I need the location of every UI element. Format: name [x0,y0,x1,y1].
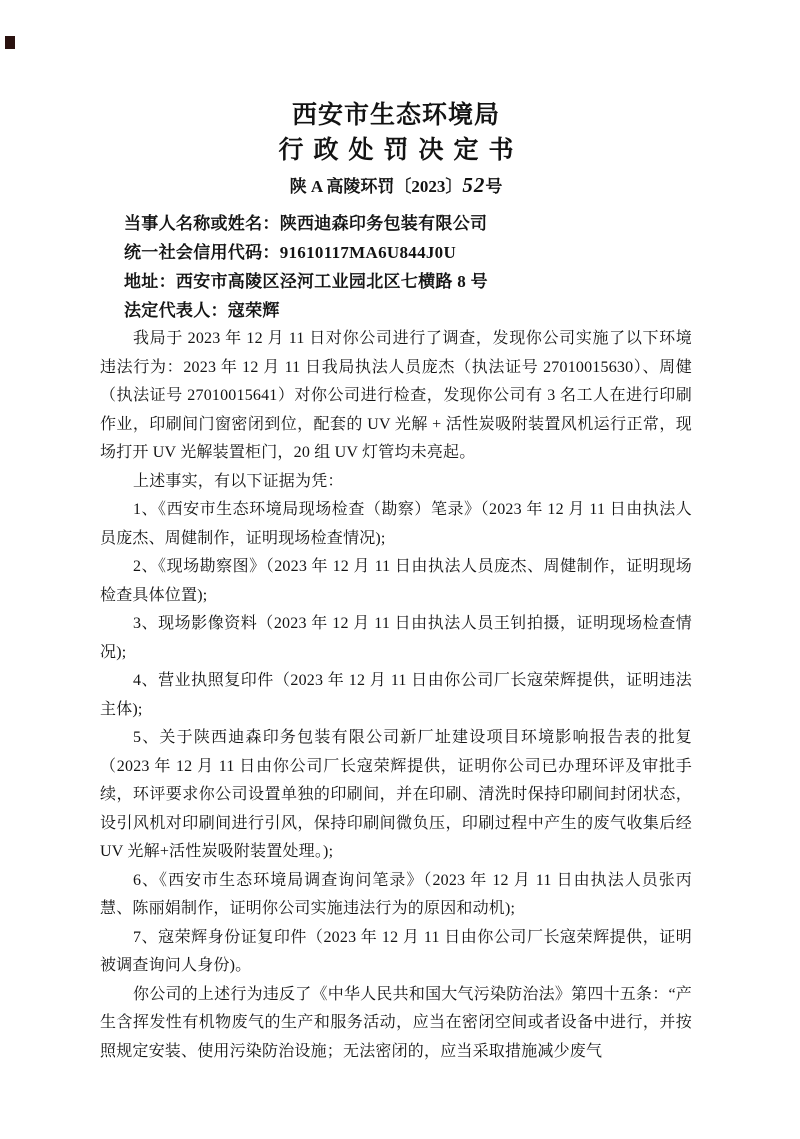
evidence-item-6: 6、《西安市生态环境局调查询问笔录》（2023 年 12 月 11 日由执法人员… [100,867,692,924]
doc-number-value: 52 [462,173,485,197]
paragraph-investigation-findings: 我局于 2023 年 12 月 11 日对你公司进行了调查，发现你公司实施了以下… [100,325,692,468]
evidence-item-5: 5、关于陕西迪森印务包装有限公司新厂址建设项目环境影响报告表的批复（2023 年… [100,724,692,867]
party-info-section: 当事人名称或姓名：陕西迪森印务包装有限公司 统一社会信用代码：91610117M… [100,209,692,325]
field-row-party-name: 当事人名称或姓名：陕西迪森印务包装有限公司 [124,209,692,238]
evidence-item-2: 2、《现场勘察图》（2023 年 12 月 11 日由执法人员庞杰、周健制作，证… [100,553,692,610]
field-value: 寇荣辉 [228,301,280,320]
document-title: 行政处罚决定书 [100,135,692,165]
paragraph-evidence-intro: 上述事实，有以下证据为凭： [100,468,692,497]
document-content: 西安市生态环境局 行政处罚决定书 陕 A 高陵环罚〔2023〕52号 当事人名称… [100,0,692,1066]
scan-artifact-mark [5,36,15,49]
field-label: 当事人名称或姓名： [124,214,280,233]
field-row-legal-representative: 法定代表人：寇荣辉 [124,296,692,325]
field-value: 91610117MA6U844J0U [280,243,456,262]
field-label: 统一社会信用代码： [124,243,280,262]
paragraph-legal-basis: 你公司的上述行为违反了《中华人民共和国大气污染防治法》第四十五条：“产生含挥发性… [100,981,692,1067]
field-label: 法定代表人： [124,301,228,320]
evidence-item-1: 1、《西安市生态环境局现场检查（勘察）笔录》（2023 年 12 月 11 日由… [100,496,692,553]
field-row-credit-code: 统一社会信用代码：91610117MA6U844J0U [124,238,692,267]
evidence-item-3: 3、现场影像资料（2023 年 12 月 11 日由执法人员王钊拍摄，证明现场检… [100,610,692,667]
agency-name: 西安市生态环境局 [100,100,692,130]
doc-number-prefix: 陕 A 高陵环罚〔2023〕 [290,177,463,196]
evidence-item-7: 7、寇荣辉身份证复印件（2023 年 12 月 11 日由你公司厂长寇荣辉提供，… [100,924,692,981]
field-value: 陕西迪森印务包装有限公司 [280,214,488,233]
penalty-decision-page: 西安市生态环境局 行政处罚决定书 陕 A 高陵环罚〔2023〕52号 当事人名称… [0,0,800,1139]
field-value: 西安市高陵区泾河工业园北区七横路 8 号 [176,272,488,291]
doc-number-suffix: 号 [485,177,502,196]
field-label: 地址： [124,272,176,291]
document-body: 我局于 2023 年 12 月 11 日对你公司进行了调查，发现你公司实施了以下… [100,325,692,1066]
evidence-item-4: 4、营业执照复印件（2023 年 12 月 11 日由你公司厂长寇荣辉提供，证明… [100,667,692,724]
document-number: 陕 A 高陵环罚〔2023〕52号 [100,173,692,199]
field-row-address: 地址：西安市高陵区泾河工业园北区七横路 8 号 [124,267,692,296]
document-header: 西安市生态环境局 行政处罚决定书 陕 A 高陵环罚〔2023〕52号 [100,100,692,199]
